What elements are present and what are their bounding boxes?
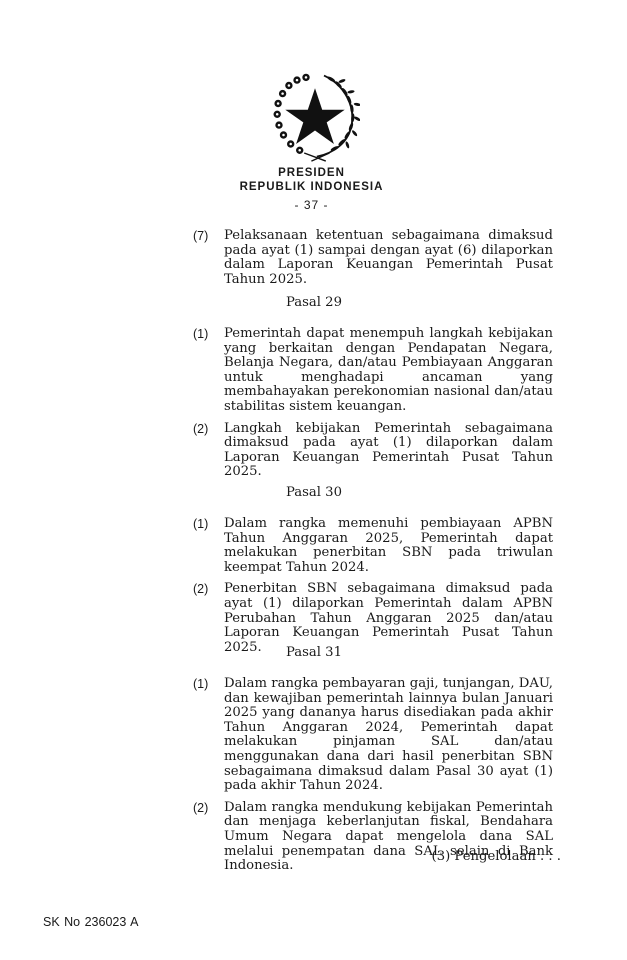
clause-item: (7) Pelaksanaan ketentuan sebagaimana di… xyxy=(193,229,553,287)
garuda-star-wreath-emblem-icon xyxy=(270,72,360,162)
clause-item: (1) Dalam rangka pembayaran gaji, tunjan… xyxy=(193,677,553,794)
pasal-title: Pasal 30 xyxy=(193,486,553,500)
intro-section: (7) Pelaksanaan ketentuan sebagaimana di… xyxy=(193,229,553,294)
clause-number: (2) xyxy=(193,422,224,480)
clause-number: (1) xyxy=(193,677,224,794)
page-number: - 37 - xyxy=(0,198,625,212)
pasal-title: Pasal 31 xyxy=(193,646,553,660)
clause-number: (2) xyxy=(193,801,224,874)
clause-number: (2) xyxy=(193,582,224,655)
clause-item: (1) Dalam rangka memenuhi pembiayaan APB… xyxy=(193,517,553,575)
clause-text: Penerbitan SBN sebagaimana dimaksud pada… xyxy=(224,582,553,655)
pasal-29-section: Pasal 29 (1) Pemerintah dapat menempuh l… xyxy=(193,296,553,487)
clause-text: Pemerintah dapat menempuh langkah kebija… xyxy=(224,327,553,415)
pasal-31-section: Pasal 31 (1) Dalam rangka pembayaran gaj… xyxy=(193,646,553,881)
clause-text: Dalam rangka memenuhi pembiayaan APBN Ta… xyxy=(224,517,553,575)
clause-number: (7) xyxy=(193,229,224,287)
pasal-title: Pasal 29 xyxy=(193,296,553,310)
clause-text: Langkah kebijakan Pemerintah sebagaimana… xyxy=(224,422,553,480)
clause-item: (2) Langkah kebijakan Pemerintah sebagai… xyxy=(193,422,553,480)
footer-document-code: SK No 236023 A xyxy=(43,915,138,929)
clause-item: (2) Penerbitan SBN sebagaimana dimaksud … xyxy=(193,582,553,655)
clause-number: (1) xyxy=(193,327,224,415)
pasal-30-section: Pasal 30 (1) Dalam rangka memenuhi pembi… xyxy=(193,486,553,662)
clause-text: Pelaksanaan ketentuan sebagaimana dimaks… xyxy=(224,229,553,287)
clause-text: Dalam rangka pembayaran gaji, tunjangan,… xyxy=(224,677,553,794)
clause-item: (1) Pemerintah dapat menempuh langkah ke… xyxy=(193,327,553,415)
header-republik-indonesia: REPUBLIK INDONESIA xyxy=(0,181,625,193)
header-presiden: PRESIDEN xyxy=(0,167,625,179)
clause-number: (1) xyxy=(193,517,224,575)
continuation-marker: (3) Pengelolaan . . . xyxy=(432,849,561,864)
